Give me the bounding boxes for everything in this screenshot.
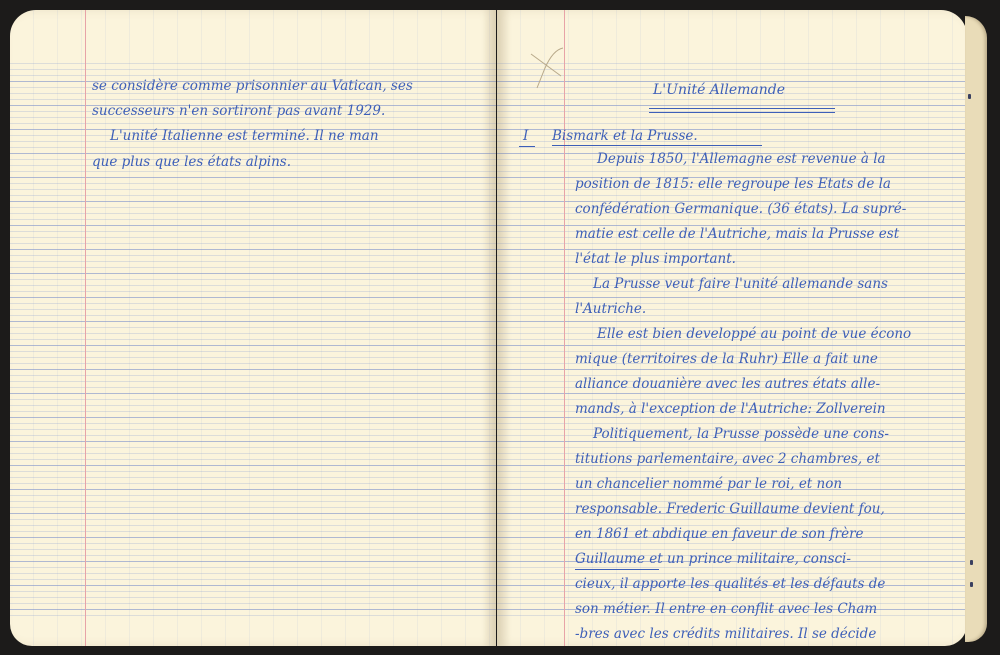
binding-mark [968, 94, 971, 99]
section-number-underline [519, 146, 535, 147]
text-line: titutions parlementaire, avec 2 chambres… [575, 451, 880, 467]
text-line: cieux, il apporte les qualités et les dé… [575, 576, 885, 592]
text-line: mands, à l'exception de l'Autriche: Zoll… [575, 401, 886, 417]
section-number: I [523, 128, 528, 144]
text-line: La Prusse veut faire l'unité allemande s… [593, 276, 888, 292]
text-line: confédération Germanique. (36 états). La… [575, 201, 906, 217]
text-line: l'Autriche. [575, 301, 646, 317]
text-line: Elle est bien developpé au point de vue … [597, 326, 911, 342]
text-line: son métier. Il entre en conflit avec les… [575, 601, 877, 617]
binding-mark [970, 560, 973, 565]
left-page: se considère comme prisonnier au Vatican… [10, 10, 496, 646]
text-line: en 1861 et abdique en faveur de son frèr… [575, 526, 864, 542]
name-underline [575, 569, 659, 570]
text-line: alliance douanière avec les autres états… [575, 376, 880, 392]
text-line: Politiquement, la Prusse possède une con… [593, 426, 889, 442]
left-page-text: se considère comme prisonnier au Vatican… [92, 10, 492, 646]
text-line: L'unité Italienne est terminé. Il ne man [110, 128, 379, 144]
text-line: -bres avec les crédits militaires. Il se… [575, 626, 876, 642]
margin-line [85, 10, 86, 646]
text-line: Guillaume et un prince militaire, consci… [575, 551, 851, 567]
open-notebook: se considère comme prisonnier au Vatican… [10, 10, 988, 646]
text-line: que plus que les états alpins. [92, 154, 291, 170]
right-page: L'Unité Allemande I Bismark et la Prusse… [497, 10, 967, 646]
title-underline [649, 108, 835, 109]
text-line: matie est celle de l'Autriche, mais la P… [575, 226, 899, 242]
right-page-text: L'Unité Allemande I Bismark et la Prusse… [497, 10, 967, 646]
text-line: successeurs n'en sortiront pas avant 192… [92, 103, 385, 119]
title-underline [649, 112, 835, 113]
section-title-underline [552, 145, 762, 146]
page-stack-edge [965, 16, 987, 642]
page-title: L'Unité Allemande [653, 82, 785, 98]
text-line: l'état le plus important. [575, 251, 736, 267]
text-line: se considère comme prisonnier au Vatican… [92, 78, 413, 94]
text-line: Depuis 1850, l'Allemagne est revenue à l… [597, 151, 886, 167]
binding-mark [970, 582, 973, 587]
text-line: responsable. Frederic Guillaume devient … [575, 501, 885, 517]
text-line: mique (territoires de la Ruhr) Elle a fa… [575, 351, 878, 367]
section-title: Bismark et la Prusse. [552, 128, 698, 144]
text-line: un chancelier nommé par le roi, et non [575, 476, 842, 492]
text-line: position de 1815: elle regroupe les Etat… [575, 176, 891, 192]
